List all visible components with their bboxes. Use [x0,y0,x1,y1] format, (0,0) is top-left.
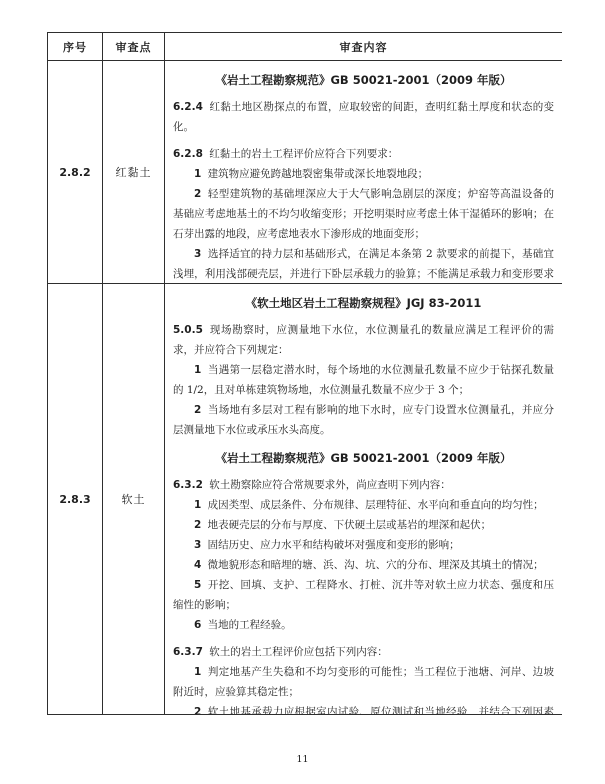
row-review-content: 《软土地区岩土工程勘察规程》JGJ 83-20115.0.5现场勘察时，应测量地… [164,284,562,714]
clause-paragraph: 6.3.2软土勘察除应符合常规要求外，尚应查明下列内容： [173,475,554,495]
item-paragraph: 3固结历史、应力水平和结构破坏对强度和变形的影响； [173,535,554,555]
item-paragraph: 3选择适宜的持力层和基础形式，在满足本条第 2 款要求的前提下，基础宜浅埋，利用… [173,244,554,283]
item-text: 开挖、回填、支护、工程降水、打桩、沉井等对软土应力状态、强度和压缩性的影响； [173,579,554,611]
item-paragraph: 6当地的工程经验。 [173,615,554,635]
item-number: 1 [194,499,201,511]
col-header-review-point: 审查点 [102,33,164,60]
table-header-row: 序号 审查点 审查内容 [48,33,562,60]
item-paragraph: 2轻型建筑物的基础埋深应大于大气影响急剧层的深度；炉窑等高温设备的基础应考虑地基… [173,184,554,244]
item-number: 2 [194,706,201,714]
col-header-review-content: 审查内容 [164,33,562,60]
item-number: 2 [194,519,201,531]
item-number: 1 [194,168,201,180]
item-paragraph: 2地表硬壳层的分布与厚度、下伏硬土层或基岩的埋深和起伏； [173,515,554,535]
item-text: 软土地基承载力应根据室内试验、原位测试和当地经验，并结合下列因素综合确定： [173,706,554,714]
col-header-serial: 序号 [48,33,102,60]
clause-paragraph: 6.3.7软土的岩土工程评价应包括下列内容： [173,642,554,662]
item-paragraph: 1当遇第一层稳定潜水时，每个场地的水位测量孔数量不应少于钻探孔数量的 1/2，且… [173,360,554,400]
standard-heading: 《软土地区岩土工程勘察规程》JGJ 83-2011 [173,293,554,313]
item-number: 1 [194,364,201,376]
item-number: 3 [194,248,201,260]
row-serial-number: 2.8.3 [48,284,102,714]
clause-text: 红黏土地区勘探点的布置，应取较密的间距，查明红黏土厚度和状态的变化。 [173,101,554,133]
item-text: 当地的工程经验。 [208,619,292,631]
item-text: 选择适宜的持力层和基础形式，在满足本条第 2 款要求的前提下，基础宜浅埋，利用浅… [173,248,554,283]
item-text: 判定地基产生失稳和不均匀变形的可能性；当工程位于池塘、河岸、边坡附近时，应验算其… [173,666,554,698]
clause-number: 5.0.5 [173,324,203,336]
row-review-point: 红黏土 [102,61,164,283]
table-row: 2.8.2红黏土《岩土工程勘察规范》GB 50021-2001（2009 年版）… [48,60,562,283]
item-text: 固结历史、应力水平和结构破坏对强度和变形的影响； [208,539,460,551]
clause-number: 6.3.2 [173,479,203,491]
standard-heading: 《岩土工程勘察规范》GB 50021-2001（2009 年版） [173,70,554,90]
clause-text: 软土勘察除应符合常规要求外，尚应查明下列内容： [209,479,451,491]
item-number: 2 [194,188,201,200]
heading-text: 《岩土工程勘察规范》GB 50021-2001（2009 年版） [215,73,511,87]
clause-text: 软土的岩土工程评价应包括下列内容： [209,646,388,658]
item-paragraph: 1建筑物应避免跨越地裂密集带或深长地裂地段； [173,164,554,184]
item-number: 2 [194,404,201,416]
clause-paragraph: 5.0.5现场勘察时，应测量地下水位，水位测量孔的数量应满足工程评价的需求，并应… [173,320,554,360]
item-text: 轻型建筑物的基础埋深应大于大气影响急剧层的深度；炉窑等高温设备的基础应考虑地基土… [173,188,554,240]
item-paragraph: 5开挖、回填、支护、工程降水、打桩、沉井等对软土应力状态、强度和压缩性的影响； [173,575,554,615]
table-body: 2.8.2红黏土《岩土工程勘察规范》GB 50021-2001（2009 年版）… [48,60,562,714]
standard-heading: 《岩土工程勘察规范》GB 50021-2001（2009 年版） [173,448,554,468]
document-page: 序号 审查点 审查内容 2.8.2红黏土《岩土工程勘察规范》GB 50021-2… [0,0,605,784]
item-text: 当遇第一层稳定潜水时，每个场地的水位测量孔数量不应少于钻探孔数量的 1/2，且对… [173,364,554,396]
item-paragraph: 2软土地基承载力应根据室内试验、原位测试和当地经验，并结合下列因素综合确定： [173,702,554,714]
row-review-content: 《岩土工程勘察规范》GB 50021-2001（2009 年版）6.2.4红黏土… [164,61,562,283]
item-text: 建筑物应避免跨越地裂密集带或深长地裂地段； [208,168,429,180]
table-row: 2.8.3软土《软土地区岩土工程勘察规程》JGJ 83-20115.0.5现场勘… [48,283,562,714]
item-number: 5 [194,579,201,591]
item-number: 3 [194,539,201,551]
item-paragraph: 4微地貌形态和暗埋的塘、浜、沟、坑、穴的分布、埋深及其填土的情况； [173,555,554,575]
item-number: 4 [194,559,201,571]
clause-text: 红黏土的岩土工程评价应符合下列要求： [209,148,398,160]
item-paragraph: 1判定地基产生失稳和不均匀变形的可能性；当工程位于池塘、河岸、边坡附近时，应验算… [173,662,554,702]
heading-text: 《软土地区岩土工程勘察规程》JGJ 83-2011 [246,296,482,310]
clause-number: 6.2.8 [173,148,203,160]
item-text: 成因类型、成层条件、分布规律、层理特征、水平向和垂直向的均匀性； [208,499,544,511]
clause-number: 6.2.4 [173,101,203,113]
clause-paragraph: 6.2.8红黏土的岩土工程评价应符合下列要求： [173,144,554,164]
clause-text: 现场勘察时，应测量地下水位，水位测量孔的数量应满足工程评价的需求，并应符合下列规… [173,324,554,356]
item-text: 微地貌形态和暗埋的塘、浜、沟、坑、穴的分布、埋深及其填土的情况； [208,559,544,571]
clause-number: 6.3.7 [173,646,203,658]
item-number: 1 [194,666,201,678]
clause-paragraph: 6.2.4红黏土地区勘探点的布置，应取较密的间距，查明红黏土厚度和状态的变化。 [173,97,554,137]
row-serial-number: 2.8.2 [48,61,102,283]
item-paragraph: 2当场地有多层对工程有影响的地下水时，应专门设置水位测量孔，并应分层测量地下水位… [173,400,554,440]
item-text: 地表硬壳层的分布与厚度、下伏硬土层或基岩的埋深和起伏； [208,519,492,531]
row-review-point: 软土 [102,284,164,714]
heading-text: 《岩土工程勘察规范》GB 50021-2001（2009 年版） [215,451,511,465]
review-table: 序号 审查点 审查内容 2.8.2红黏土《岩土工程勘察规范》GB 50021-2… [47,32,562,715]
page-number: 11 [0,754,605,765]
item-number: 6 [194,619,201,631]
item-paragraph: 1成因类型、成层条件、分布规律、层理特征、水平向和垂直向的均匀性； [173,495,554,515]
item-text: 当场地有多层对工程有影响的地下水时，应专门设置水位测量孔，并应分层测量地下水位或… [173,404,554,436]
